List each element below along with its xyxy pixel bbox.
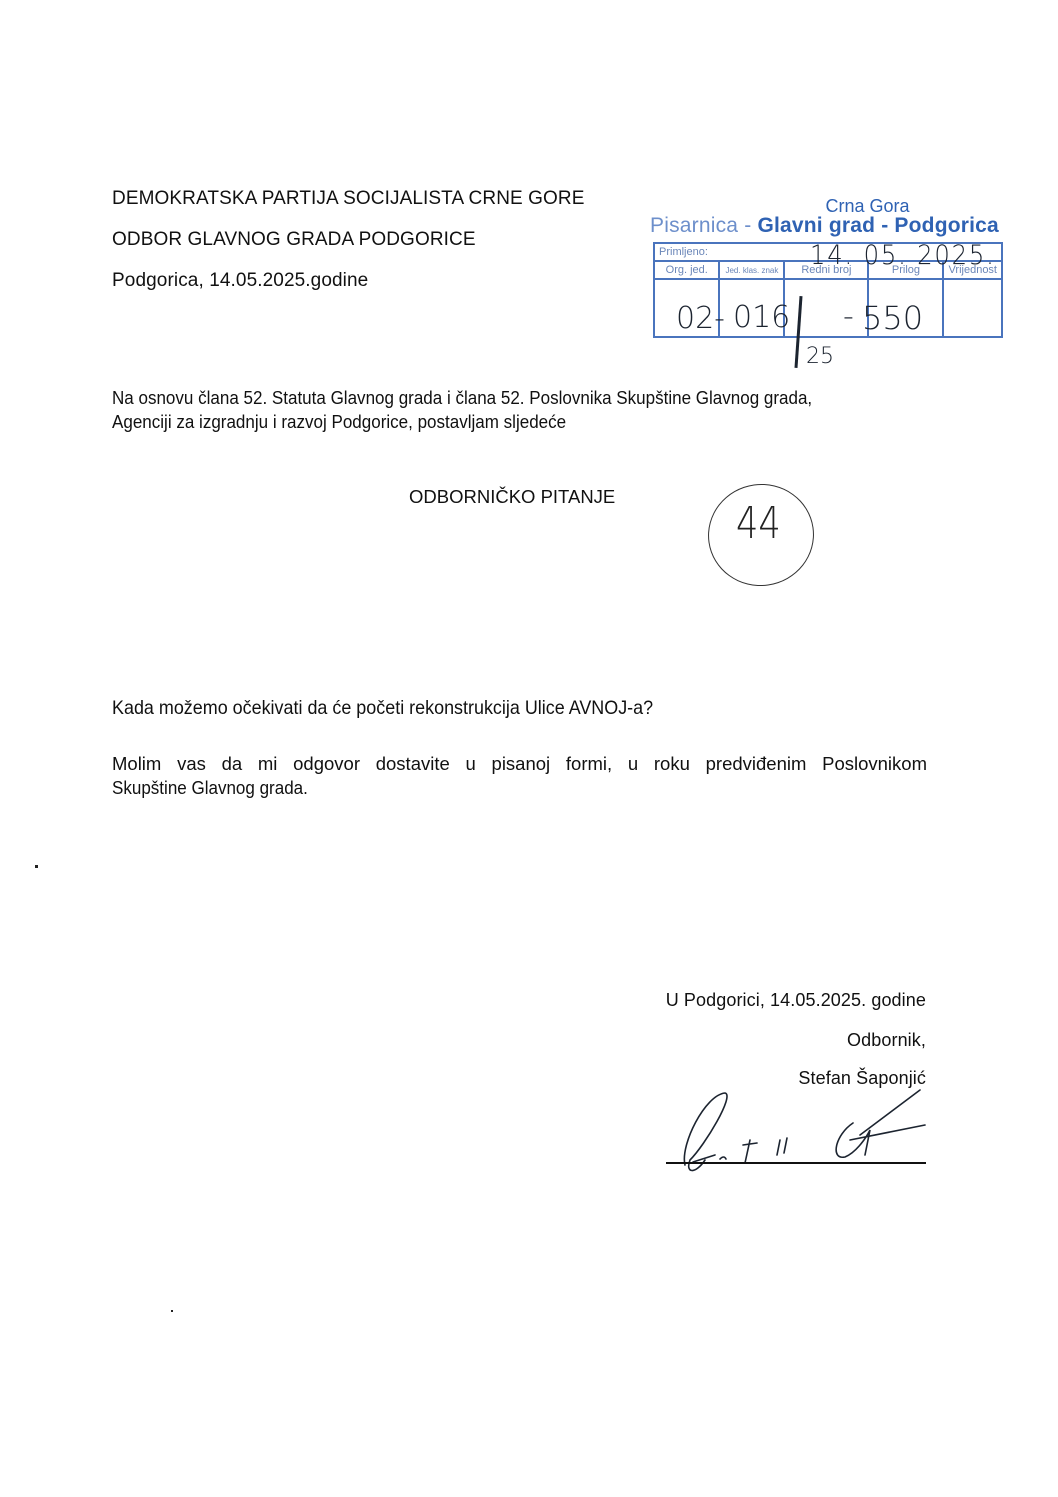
header-place-date: Podgorica, 14.05.2025.godine (112, 270, 368, 292)
stamp-year-suffix-handwritten: 25 (806, 344, 834, 369)
intro-line-1: Na osnovu člana 52. Statuta Glavnog grad… (112, 386, 812, 410)
document-title: ODBORNIČKO PITANJE (409, 486, 615, 508)
stamp-org-jed-handwritten: 02- (676, 301, 725, 336)
stamp-received-date-handwritten: 14. 05. 2025. (810, 240, 996, 271)
question-text: Kada možemo očekivati da će početi rekon… (112, 696, 653, 720)
request-line-2: Skupštine Glavnog grada. (112, 776, 308, 800)
stamp-office-prefix: Pisarnica - (650, 214, 757, 237)
stamp-office: Pisarnica - Glavni grad - Podgorica (650, 214, 999, 238)
stamp-col-jed-klas: Jed. klas. znak (719, 261, 784, 279)
stamp-prilog-handwritten: 550 (862, 299, 923, 337)
stamp-col-org-jed: Org. jed. (654, 261, 719, 279)
intro-line-2: Agenciji za izgradnju i razvoj Podgorice… (112, 410, 566, 434)
scan-speck (35, 865, 38, 868)
closing-place-date: U Podgorici, 14.05.2025. godine (666, 990, 926, 1011)
stamp-jed-klas-handwritten: 016 (733, 300, 790, 335)
stamp-cell-vrijednost (943, 279, 1002, 337)
stamp-office-main: Glavni grad - Podgorica (757, 214, 998, 237)
request-line-1: Molim vas da mi odgovor dostavite u pisa… (112, 752, 927, 776)
organization-name: DEMOKRATSKA PARTIJA SOCIJALISTA CRNE GOR… (112, 188, 585, 210)
handwritten-number: 44 (736, 498, 781, 549)
signature-line (666, 1162, 926, 1164)
committee-name: ODBOR GLAVNOG GRADA PODGORICE (112, 229, 476, 251)
stamp-country: Crna Gora (650, 197, 1005, 215)
stamp-redni-broj-handwritten: - (843, 299, 854, 334)
scan-speck (171, 1310, 173, 1312)
closing-role: Odbornik, (847, 1030, 926, 1051)
